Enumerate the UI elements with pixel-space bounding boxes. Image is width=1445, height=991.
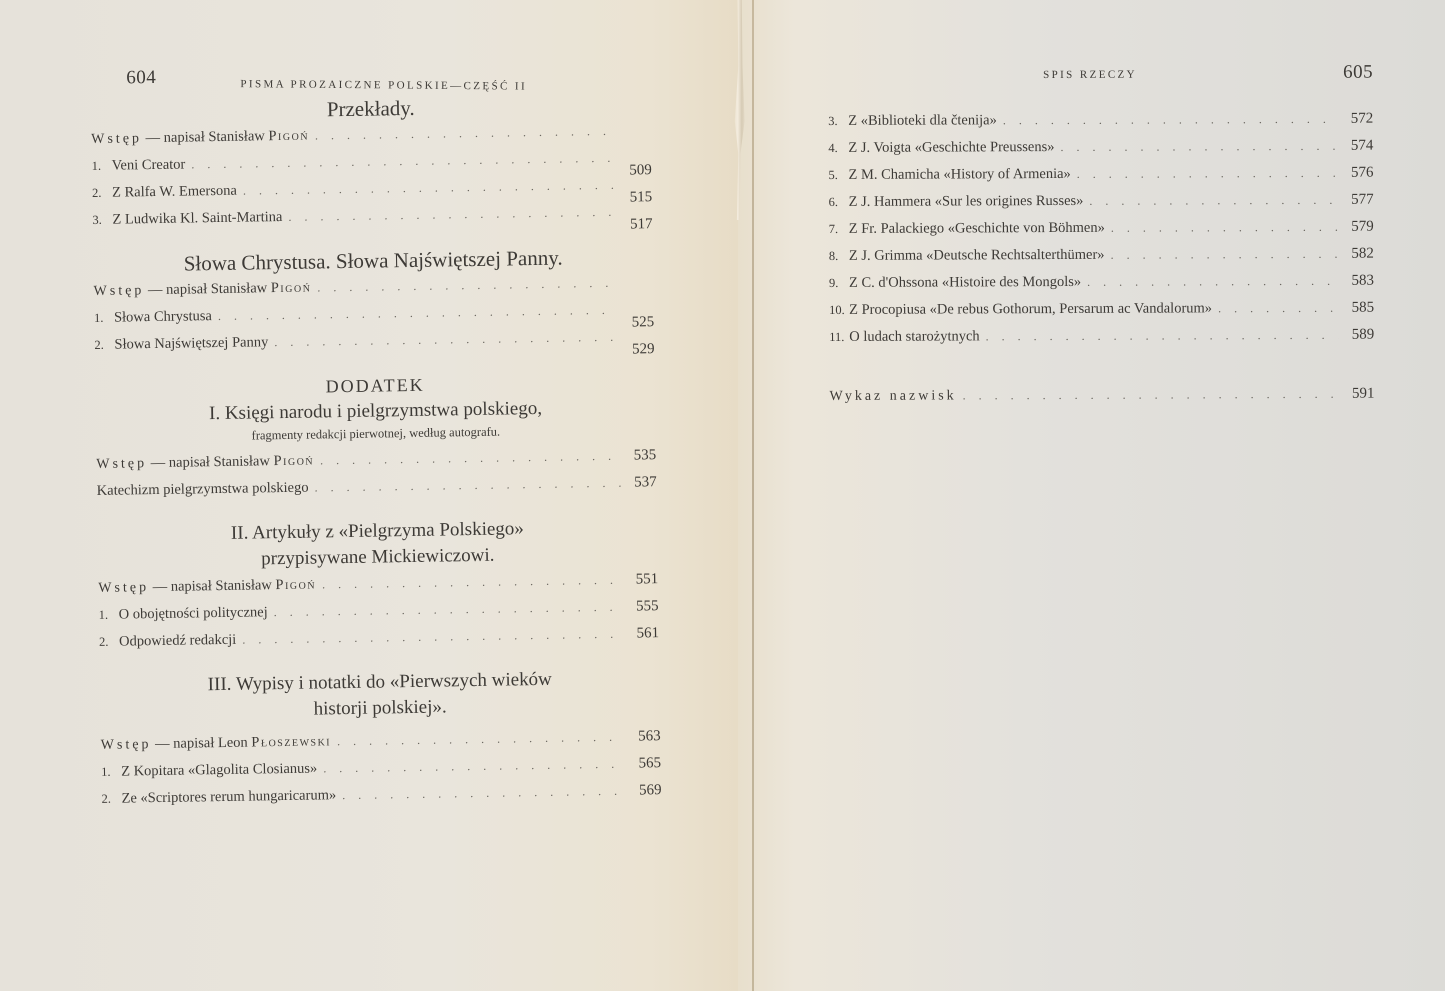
- entry-page: 585: [1344, 295, 1374, 322]
- entry-label: Z J. Hammera «Sur les origines Russes»: [849, 188, 1084, 216]
- entry-label: Z J. Grimma «Deutsche Rechtsalterthümer»: [849, 242, 1105, 270]
- entry-number: 2.: [92, 180, 112, 207]
- toc-entry[interactable]: 5. Z M. Chamicha «History of Armenia» 57…: [828, 160, 1373, 189]
- book-spread: 604 Pisma prozaiczne polskie—część II Pr…: [0, 0, 1445, 991]
- toc-entry-index[interactable]: Wykaz nazwisk 591: [829, 381, 1374, 410]
- entry-page: 551: [628, 566, 658, 593]
- entry-label: — napisał Stanisław: [145, 128, 264, 146]
- entry-label: — napisał Stanisław: [153, 577, 272, 595]
- toc-entry[interactable]: 4. Z J. Voigta «Geschichte Preussens» 57…: [828, 133, 1373, 162]
- entry-label: Z Procopiusa «De rebus Gothorum, Persaru…: [849, 295, 1212, 324]
- entry-page: 561: [629, 620, 659, 647]
- entry-number: 11.: [829, 324, 849, 351]
- toc-entry[interactable]: 10. Z Procopiusa «De rebus Gothorum, Per…: [829, 295, 1374, 324]
- dot-leader: [288, 199, 616, 231]
- entry-page: 577: [1344, 187, 1374, 214]
- entry-label: O obojętności politycznej: [118, 599, 267, 628]
- entry-number: 1.: [98, 602, 118, 629]
- entry-number: 2.: [94, 332, 114, 359]
- entry-number: 2.: [101, 786, 121, 813]
- toc-entry[interactable]: 3. Z «Biblioteki dla čtenija» 572: [828, 106, 1373, 135]
- entry-page: 583: [1344, 268, 1374, 295]
- dot-leader: [1089, 187, 1337, 215]
- entry-label: Z Kopitara «Glagolita Closianus»: [121, 756, 318, 786]
- page-number-right: 605: [1343, 62, 1373, 84]
- toc-entry[interactable]: 11. O ludach starożytnych 589: [829, 322, 1374, 351]
- entry-number: 2.: [99, 629, 119, 656]
- toc-entry[interactable]: 7. Z Fr. Palackiego «Geschichte von Böhm…: [829, 214, 1374, 243]
- entry-number: 9.: [829, 270, 849, 297]
- entry-prefix: Wstęp: [91, 131, 142, 147]
- dot-leader: [963, 381, 1339, 410]
- entry-label: Słowa Chrystusa: [114, 303, 212, 332]
- entry-label: Z Fr. Palackiego «Geschichte von Böhmen»: [849, 215, 1105, 243]
- entry-number: 5.: [828, 162, 848, 189]
- running-title-right: Spis rzeczy: [1043, 69, 1137, 81]
- entry-page: 537: [626, 469, 656, 496]
- entry-page: 509: [622, 157, 652, 184]
- entry-page: 576: [1343, 160, 1373, 187]
- toc-slowa: Wstęp — napisał Stanisław Pigoń 1. Słowa…: [93, 269, 654, 359]
- entry-label: Z J. Voigta «Geschichte Preussens»: [848, 134, 1054, 162]
- entry-page: 582: [1344, 241, 1374, 268]
- entry-page: 565: [631, 750, 661, 777]
- entry-author: Pigoń: [271, 280, 312, 297]
- entry-author: Płoszewski: [251, 733, 331, 750]
- entry-page: 529: [624, 336, 654, 363]
- entry-author: Pigoń: [275, 577, 316, 594]
- entry-page: 517: [622, 211, 652, 238]
- dot-leader: [986, 322, 1339, 351]
- entry-page: 555: [628, 593, 658, 620]
- gutter-line: [752, 0, 754, 991]
- dot-leader: [1060, 133, 1337, 161]
- entry-page: 525: [624, 309, 654, 336]
- toc-entry[interactable]: 8. Z J. Grimma «Deutsche Rechtsalterthüm…: [829, 241, 1374, 270]
- page-number-left: 604: [126, 67, 156, 89]
- entry-page: 535: [626, 442, 656, 469]
- dot-leader: [1077, 160, 1338, 188]
- dot-leader: [314, 470, 621, 502]
- entry-label: Z Ralfa W. Emersona: [112, 178, 237, 207]
- dot-leader: [1087, 268, 1338, 296]
- entry-prefix: Wstęp: [96, 456, 147, 472]
- entry-label: Z Ludwika Kl. Saint-Martina: [112, 204, 282, 234]
- toc-entry[interactable]: 6. Z J. Hammera «Sur les origines Russes…: [829, 187, 1374, 216]
- entry-label: Odpowiedź redakcji: [119, 627, 237, 656]
- dot-leader: [1218, 295, 1338, 323]
- entry-author: Pigoń: [268, 128, 309, 145]
- entry-label: Ze «Scriptores rerum hungaricarum»: [121, 782, 336, 812]
- entry-label: Katechizm pielgrzymstwa polskiego: [97, 475, 309, 505]
- dot-leader: [1003, 106, 1338, 134]
- entry-number: 3.: [828, 108, 848, 135]
- toc-wypisy: Wstęp — napisał Leon Płoszewski 563 1. Z…: [101, 723, 662, 813]
- entry-label: Veni Creator: [111, 152, 185, 180]
- entry-label: Wykaz nazwisk: [829, 382, 956, 410]
- dot-leader: [1111, 214, 1338, 242]
- entry-author: Pigoń: [273, 453, 314, 470]
- entry-number: 6.: [829, 189, 849, 216]
- dot-leader: [274, 324, 619, 356]
- entry-page: 572: [1343, 106, 1373, 133]
- entry-label: Z C. d'Ohssona «Histoire des Mongols»: [849, 269, 1081, 297]
- toc-entry[interactable]: 9. Z C. d'Ohssona «Histoire des Mongols»…: [829, 268, 1374, 297]
- entry-page: 579: [1344, 214, 1374, 241]
- toc-przeklady: Wstęp — napisał Stanisław Pigoń 1. Veni …: [91, 117, 653, 234]
- entry-page: 589: [1344, 322, 1374, 349]
- entry-page: 515: [622, 184, 652, 211]
- entry-label: — napisał Stanisław: [148, 280, 267, 298]
- entry-page: 574: [1343, 133, 1373, 160]
- entry-number: 7.: [829, 216, 849, 243]
- entry-label: Z M. Chamicha «History of Armenia»: [848, 161, 1070, 189]
- entry-prefix: Wstęp: [93, 283, 144, 299]
- dot-leader: [342, 778, 626, 809]
- left-page-content: 604 Pisma prozaiczne polskie—część II Pr…: [90, 53, 662, 813]
- entry-label: Z «Biblioteki dla čtenija»: [848, 107, 997, 135]
- right-page-content: Spis rzeczy 605 3. Z «Biblioteki dla čte…: [828, 60, 1375, 410]
- entry-page: 569: [631, 777, 661, 804]
- toc-artykuly: Wstęp — napisał Stanisław Pigoń 551 1. O…: [98, 566, 659, 656]
- entry-label: — napisał Stanisław: [151, 453, 270, 471]
- entry-number: 1.: [94, 305, 114, 332]
- entry-number: 1.: [91, 153, 111, 180]
- entry-number: 8.: [829, 243, 849, 270]
- toc-index: Wykaz nazwisk 591: [829, 381, 1374, 410]
- entry-page: 591: [1344, 381, 1374, 408]
- entry-number: 10.: [829, 297, 849, 324]
- entry-prefix: Wstęp: [98, 580, 149, 596]
- entry-number: 3.: [92, 207, 112, 234]
- entry-label: O ludach starożytnych: [849, 323, 980, 351]
- entry-label: — napisał Leon: [155, 735, 248, 752]
- toc-ksiegi: Wstęp — napisał Stanisław Pigoń 535 Kate…: [96, 442, 657, 505]
- entry-page: 563: [630, 723, 660, 750]
- entry-number: 4.: [828, 135, 848, 162]
- running-title-left: Pisma prozaiczne polskie—część II: [240, 78, 527, 93]
- dot-leader: [1110, 241, 1337, 269]
- entry-number: 1.: [101, 759, 121, 786]
- entry-label: Słowa Najświętszej Panny: [114, 329, 268, 358]
- toc-right-entries: 3. Z «Biblioteki dla čtenija» 572 4. Z J…: [828, 106, 1374, 351]
- entry-prefix: Wstęp: [101, 737, 152, 753]
- right-running-head: Spis rzeczy 605: [828, 60, 1373, 102]
